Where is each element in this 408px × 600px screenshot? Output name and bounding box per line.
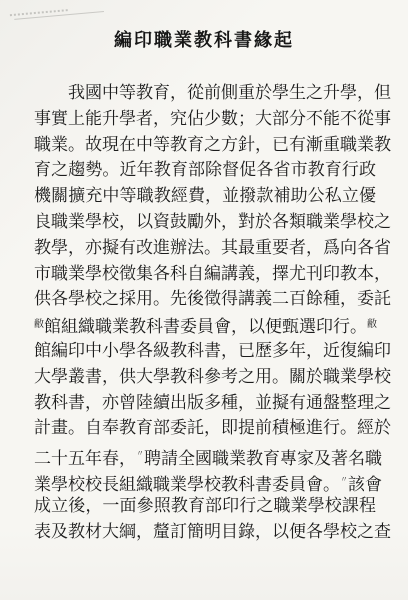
text-line: 事實上能升學者，究佔少數；大部分不能不從事 [34,106,376,132]
text-line: 我國中等教育，從前側重於學生之升學，但 [34,80,376,106]
text-line-segment: 二十五年春， [34,449,136,468]
body-text: 我國中等教育，從前側重於學生之升學，但 事實上能升學者，究佔少數；大部分不能不從… [34,80,376,544]
annotation-mark: 〃 [340,475,348,484]
text-line: 良職業學校，以資鼓勵外，對於各類職業學校之 [34,209,376,235]
text-line: 館編印中小學各級教科書，已歷多年，近復編印 [34,338,376,364]
text-line: 市職業學校徵集各科自編講義，擇尤刊印教本， [34,261,376,287]
text-line: 機關擴充中等職教經費，並撥款補助公私立優 [34,183,376,209]
text-line-segment: 業學校校長組織職業學校教科書委員會。 [34,475,340,494]
small-humble-char: 敝 [34,319,44,330]
text-line: 敝館組織職業教科書委員會，以便甄選印行。敝 [34,312,376,338]
text-line: 業學校校長組織職業學校教科書委員會。〃該會 [34,467,376,493]
pencil-scribble [10,6,106,22]
text-line-segment: 該會 [348,475,382,494]
text-line: 育之趨勢。近年教育部除督促各省市教育行政 [34,157,376,183]
text-line: 供各學校之採用。先後徵得講義二百餘種，委託 [34,286,376,312]
text-line: 計畫。自奉教育部委託，即提前積極進行。經於 [34,415,376,441]
text-line: 二十五年春，〃聘請全國職業教育專家及著名職 [34,441,376,467]
text-line: 表及教材大綱，釐訂簡明目錄，以便各學校之查 [34,519,376,545]
small-humble-char: 敝 [367,319,377,330]
text-line: 大學叢書，供大學教科參考之用。關於職業學校 [34,364,376,390]
scanned-page: 編印職業教科書緣起 我國中等教育，從前側重於學生之升學，但 事實上能升學者，究佔… [0,0,408,600]
text-line: 成立後，一面參照教育部印行之職業學校課程 [34,493,376,519]
annotation-mark: 〃 [136,449,144,458]
text-line: 職業。故現在中等教育之方針，已有漸重職業教 [34,132,376,158]
page-title: 編印職業教科書緣起 [0,26,408,52]
text-line-segment: 聘請全國職業教育專家及著名職 [144,449,382,468]
text-line: 教科書，亦曾陸續出版多種，並擬有通盤整理之 [34,390,376,416]
text-line: 教學，亦擬有改進辦法。其最重要者，爲向各省 [34,235,376,261]
text-line-segment: 館組織職業教科書委員會，以便甄選印行。 [44,317,367,336]
